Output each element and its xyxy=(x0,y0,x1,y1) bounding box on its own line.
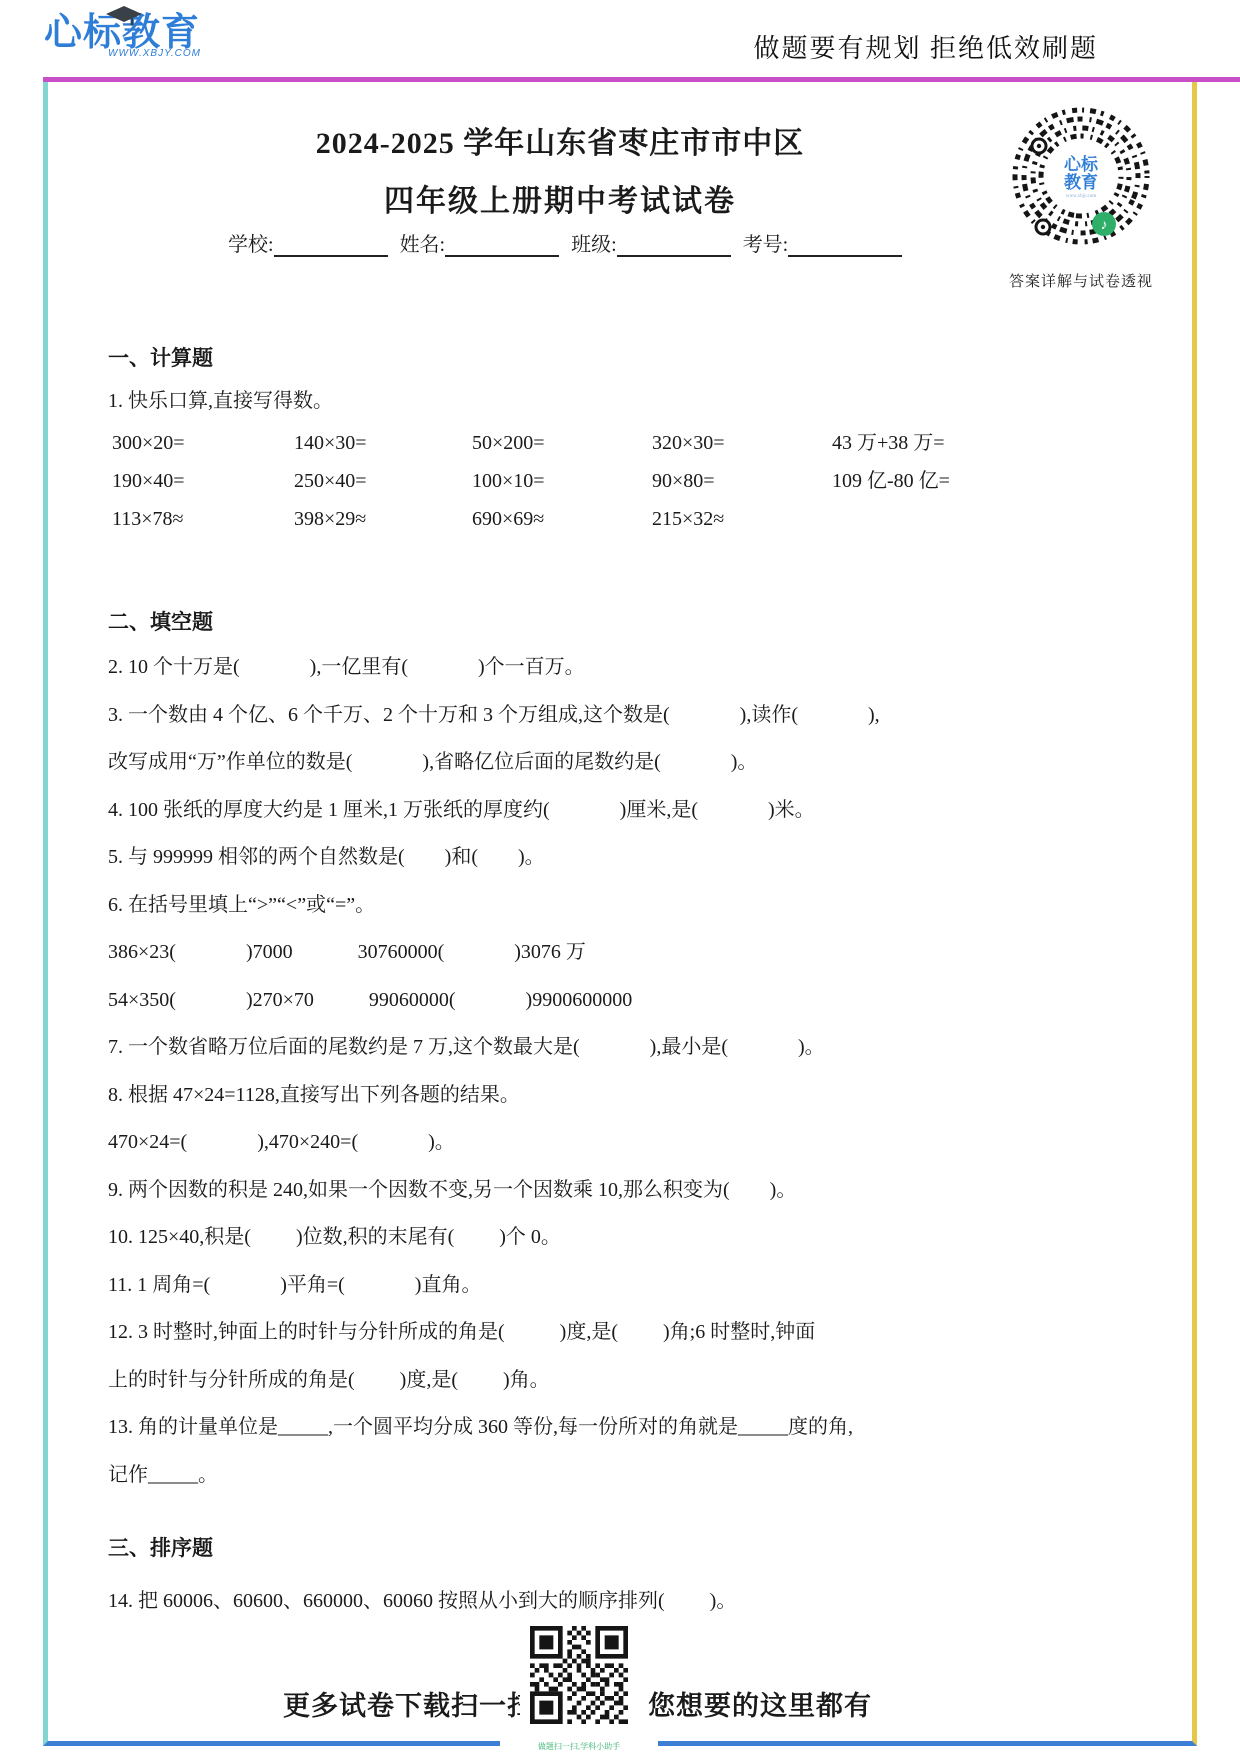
oral-calc-grid: 300×20= 140×30= 50×200= 320×30= 43 万+38 … xyxy=(112,424,950,538)
field-examno-label: 考号: xyxy=(743,234,789,256)
calc-item: 100×10= xyxy=(472,462,652,500)
question-line-9: 9. 两个因数的积是 240,如果一个因数不变,另一个因数乘 10,那么积变为(… xyxy=(108,1167,1098,1215)
calc-item: 90×80= xyxy=(652,462,832,500)
calc-item: 50×200= xyxy=(472,424,652,462)
calc-item: 190×40= xyxy=(112,462,294,500)
question-line-6r1: 386×23( )7000 30760000( )3076 万 xyxy=(108,929,1098,977)
question-line-5: 5. 与 999999 相邻的两个自然数是( )和( )。 xyxy=(108,834,1098,882)
qr-logo-line2: 教育 xyxy=(1064,172,1098,192)
exam-paper-page: 心标教育 WWW.XBJY.COM 做题要有规划 拒绝低效刷题 2024-202… xyxy=(0,0,1240,1754)
question-line-12b: 上的时针与分针所成的角是( )度,是( )角。 xyxy=(108,1357,1098,1405)
field-school-label: 学校: xyxy=(228,234,274,256)
qr-logo-url: www.xbjy.com xyxy=(1066,194,1096,199)
question-line-11: 11. 1 周角=( )平角=( )直角。 xyxy=(108,1262,1098,1310)
question-line-14: 14. 把 60006、60600、660000、60060 按照从小到大的顺序… xyxy=(108,1584,736,1613)
student-info-row: 学校:姓名:班级:考号: xyxy=(228,228,914,257)
calc-item: 690×69≈ xyxy=(472,500,652,538)
header-logo: 心标教育 WWW.XBJY.COM xyxy=(44,12,284,59)
calc-item: 398×29≈ xyxy=(294,500,472,538)
section-heading-fill: 二、填空题 xyxy=(108,606,213,636)
footer-qr-caption: 做题扫一扫,学科小助手 xyxy=(500,1741,658,1752)
calc-item: 43 万+38 万= xyxy=(832,424,950,462)
question-1-intro: 1. 快乐口算,直接写得数。 xyxy=(108,384,333,413)
field-class-blank xyxy=(617,235,731,257)
field-name-blank xyxy=(445,235,559,257)
question-line-3a: 3. 一个数由 4 个亿、6 个千万、2 个十万和 3 个万组成,这个数是( )… xyxy=(108,692,1098,740)
footer-slogan-text: 您想要的这里都有 xyxy=(648,1684,872,1723)
question-line-12a: 12. 3 时整时,钟面上的时针与分针所成的角是( )度,是( )角;6 时整时… xyxy=(108,1309,1098,1357)
graduation-cap-icon xyxy=(106,6,142,31)
qr-logo-line1: 心标 xyxy=(1064,154,1099,174)
question-line-8r: 470×24=( ),470×240=( )。 xyxy=(108,1119,1098,1167)
calc-item: 320×30= xyxy=(652,424,832,462)
question-line-2: 2. 10 个十万是( ),一亿里有( )个一百万。 xyxy=(108,644,1098,692)
question-line-3b: 改写成用“万”作单位的数是( ),省略亿位后面的尾数约是( )。 xyxy=(108,739,1098,787)
header-slogan: 做题要有规划 拒绝低效刷题 xyxy=(753,28,1098,65)
question-line-6: 6. 在括号里填上“>”“<”或“=”。 xyxy=(108,882,1098,930)
section-heading-calculation: 一、计算题 xyxy=(108,342,213,372)
section-heading-sort: 三、排序题 xyxy=(108,1532,213,1562)
calc-item: 300×20= xyxy=(112,424,294,462)
calc-item: 215×32≈ xyxy=(652,500,832,538)
music-note-icon: ♪ xyxy=(1101,218,1108,233)
download-qr-code xyxy=(520,1626,638,1742)
field-school-blank xyxy=(274,235,388,257)
calc-item: 250×40= xyxy=(294,462,472,500)
calc-item xyxy=(832,500,950,538)
exam-title-line2: 四年级上册期中考试试卷 xyxy=(60,176,1060,220)
calc-item: 140×30= xyxy=(294,424,472,462)
calc-item: 109 亿-80 亿= xyxy=(832,462,950,500)
footer-download-text: 更多试卷下载扫一扫 xyxy=(283,1684,535,1723)
field-examno-blank xyxy=(788,235,902,257)
answer-qr-code: 心标 教育 www.xbjy.com ♪ xyxy=(1003,100,1159,256)
question-line-13b: 记作_____。 xyxy=(108,1452,1098,1500)
question-line-13a: 13. 角的计量单位是_____,一个圆平均分成 360 等份,每一份所对的角就… xyxy=(108,1404,1098,1452)
question-line-10: 10. 125×40,积是( )位数,积的末尾有( )个 0。 xyxy=(108,1214,1098,1262)
question-line-7: 7. 一个数省略万位后面的尾数约是 7 万,这个数最大是( ),最小是( )。 xyxy=(108,1024,1098,1072)
logo-url: WWW.XBJY.COM xyxy=(108,48,284,59)
answer-qr-caption: 答案详解与试卷透视 xyxy=(988,270,1174,291)
question-line-8: 8. 根据 47×24=1128,直接写出下列各题的结果。 xyxy=(108,1072,1098,1120)
calc-item: 113×78≈ xyxy=(112,500,294,538)
field-class-label: 班级: xyxy=(571,234,617,256)
field-name-label: 姓名: xyxy=(400,234,446,256)
question-line-4: 4. 100 张纸的厚度大约是 1 厘米,1 万张纸的厚度约( )厘米,是( )… xyxy=(108,787,1098,835)
question-line-6r2: 54×350( )270×70 99060000( )9900600000 xyxy=(108,977,1098,1025)
fill-questions-block: 2. 10 个十万是( ),一亿里有( )个一百万。 3. 一个数由 4 个亿、… xyxy=(108,644,1098,1499)
exam-title-line1: 2024-2025 学年山东省枣庄市市中区 xyxy=(60,118,1060,162)
